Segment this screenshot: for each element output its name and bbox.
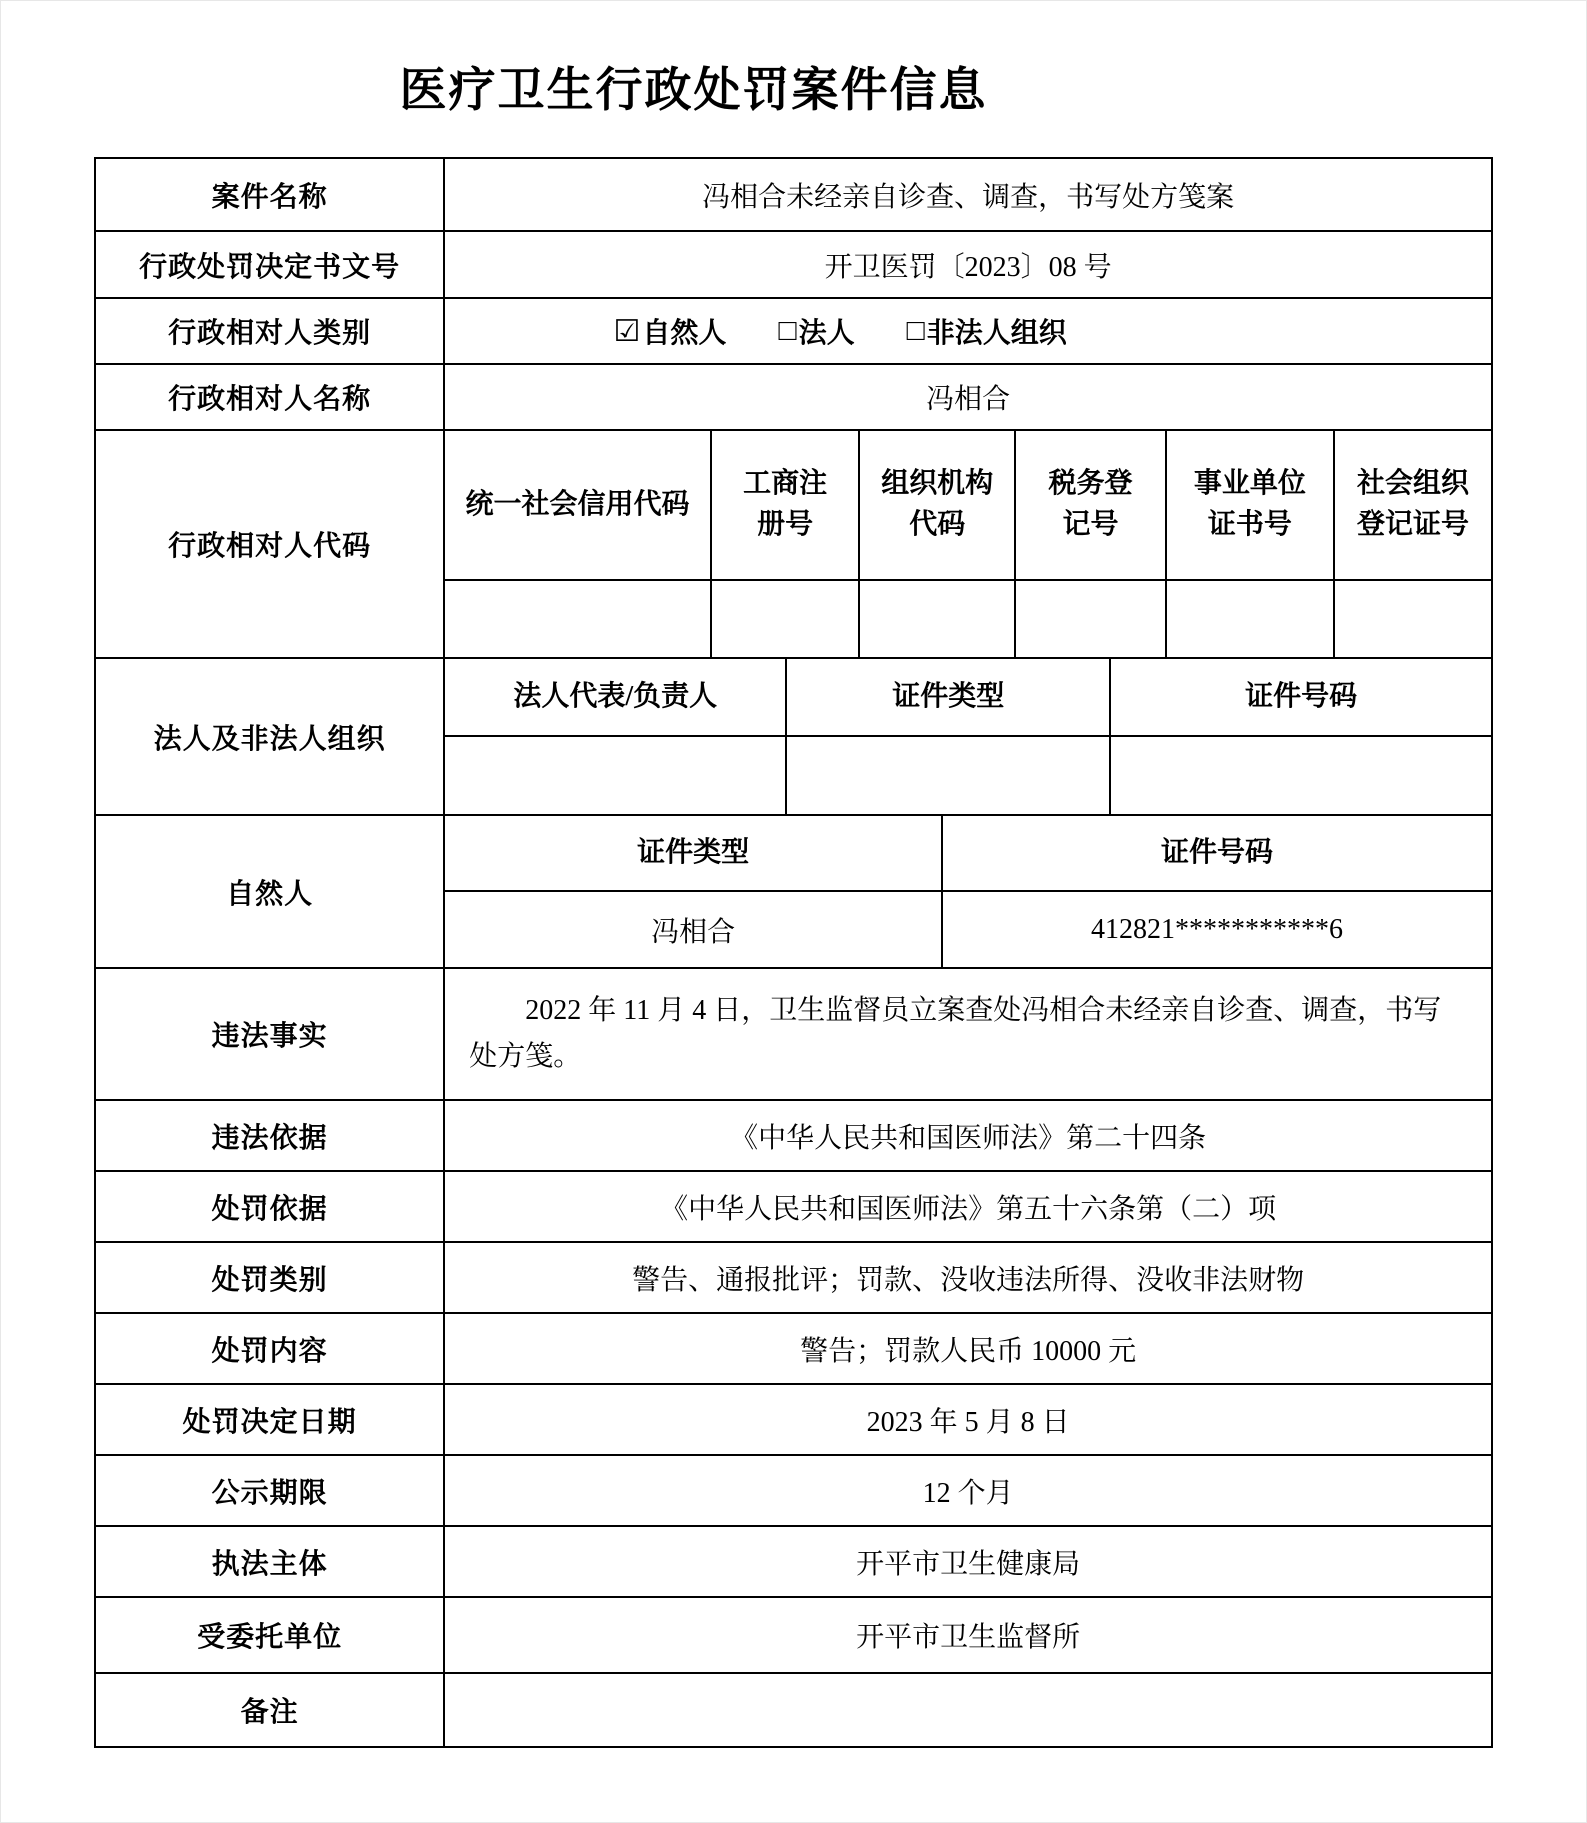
table-row-penalty-decision-date: 处罚决定日期 2023 年 5 月 8 日: [95, 1384, 1492, 1455]
party-codes-subtable: 统一社会信用代码 工商注册号 组织机构代码 税务登记号 事业单位证书号 社会组织…: [445, 431, 1491, 657]
subtable-value-row: [445, 580, 1491, 657]
subcol-header: 证件类型: [786, 659, 1110, 736]
table-row-case-name: 案件名称 冯相合未经亲自诊查、调查，书写处方笺案: [95, 158, 1492, 231]
row-value: ☑ 自然人 □ 法人 □ 非法人组织: [444, 298, 1492, 364]
page-title: 医疗卫生行政处罚案件信息: [0, 1, 1486, 113]
penalty-info-table: 案件名称 冯相合未经亲自诊查、调查，书写处方笺案 行政处罚决定书文号 开卫医罚〔…: [94, 157, 1493, 1748]
row-label: 行政相对人类别: [95, 298, 444, 364]
subcol-header: 工商注册号: [711, 431, 859, 580]
row-value: 冯相合: [444, 364, 1492, 430]
option-label: 法人: [799, 311, 855, 351]
table-row-natural-person: 自然人 证件类型 证件号码 冯相合 412821***********6: [95, 815, 1492, 968]
checkbox-checked-icon: ☑: [614, 314, 641, 349]
subcol-value: [1334, 580, 1491, 657]
row-label: 法人及非法人组织: [95, 658, 444, 815]
subcol-header: 事业单位证书号: [1166, 431, 1334, 580]
row-value: 法人代表/负责人 证件类型 证件号码: [444, 658, 1492, 815]
subcol-header: 证件号码: [942, 816, 1491, 891]
table-row-penalty-basis: 处罚依据 《中华人民共和国医师法》第五十六条第（二）项: [95, 1171, 1492, 1242]
row-value: 《中华人民共和国医师法》第五十六条第（二）项: [444, 1171, 1492, 1242]
subcol-value: [1015, 580, 1166, 657]
row-value: 12 个月: [444, 1455, 1492, 1526]
row-value: 开卫医罚〔2023〕08 号: [444, 231, 1492, 298]
row-label: 自然人: [95, 815, 444, 968]
row-label: 案件名称: [95, 158, 444, 231]
row-value: 《中华人民共和国医师法》第二十四条: [444, 1100, 1492, 1171]
option-natural-person: ☑ 自然人: [614, 311, 727, 351]
row-value: 警告、通报批评；罚款、没收违法所得、没收非法财物: [444, 1242, 1492, 1313]
row-label: 处罚类别: [95, 1242, 444, 1313]
subcol-value: [859, 580, 1015, 657]
table-row-party-category: 行政相对人类别 ☑ 自然人 □ 法人 □ 非法人组织: [95, 298, 1492, 364]
row-label: 执法主体: [95, 1526, 444, 1597]
row-value: 2022 年 11 月 4 日，卫生监督员立案查处冯相合未经亲自诊查、调查，书写…: [444, 968, 1492, 1100]
party-category-options: ☑ 自然人 □ 法人 □ 非法人组织: [614, 311, 1067, 351]
subtable-header-row: 证件类型 证件号码: [445, 816, 1491, 891]
row-label: 行政处罚决定书文号: [95, 231, 444, 298]
subcol-header: 税务登记号: [1015, 431, 1166, 580]
subcol-value: [1110, 736, 1491, 814]
row-label: 行政相对人名称: [95, 364, 444, 430]
option-label: 自然人: [642, 311, 726, 351]
row-value: 证件类型 证件号码 冯相合 412821***********6: [444, 815, 1492, 968]
row-label: 行政相对人代码: [95, 430, 444, 658]
subcol-value: [445, 580, 711, 657]
subcol-header: 证件类型: [445, 816, 942, 891]
subcol-header: 统一社会信用代码: [445, 431, 711, 580]
subcol-header: 组织机构代码: [859, 431, 1015, 580]
table-row-doc-number: 行政处罚决定书文号 开卫医罚〔2023〕08 号: [95, 231, 1492, 298]
row-value: 冯相合未经亲自诊查、调查，书写处方笺案: [444, 158, 1492, 231]
row-label: 处罚内容: [95, 1313, 444, 1384]
table-row-publicity-period: 公示期限 12 个月: [95, 1455, 1492, 1526]
subtable-header-row: 统一社会信用代码 工商注册号 组织机构代码 税务登记号 事业单位证书号 社会组织…: [445, 431, 1491, 580]
document-page: 医疗卫生行政处罚案件信息 案件名称 冯相合未经亲自诊查、调查，书写处方笺案 行政…: [0, 0, 1587, 1823]
table-row-legal-person-org: 法人及非法人组织 法人代表/负责人 证件类型 证件号码: [95, 658, 1492, 815]
row-label: 备注: [95, 1673, 444, 1747]
subtable-value-row: 冯相合 412821***********6: [445, 891, 1491, 967]
subcol-value: [711, 580, 859, 657]
option-legal-person: □ 法人: [778, 311, 854, 351]
row-value: 开平市卫生健康局: [444, 1526, 1492, 1597]
table-row-remarks: 备注: [95, 1673, 1492, 1747]
option-unincorporated-org: □ 非法人组织: [907, 311, 1067, 351]
table-row-party-codes: 行政相对人代码 统一社会信用代码 工商注册号 组织机构代码 税务登记号 事业单位…: [95, 430, 1492, 658]
subcol-header: 法人代表/负责人: [445, 659, 786, 736]
subcol-value: [1166, 580, 1334, 657]
subtable-value-row: [445, 736, 1491, 814]
row-value: [444, 1673, 1492, 1747]
row-label: 处罚依据: [95, 1171, 444, 1242]
table-row-illegal-facts: 违法事实 2022 年 11 月 4 日，卫生监督员立案查处冯相合未经亲自诊查、…: [95, 968, 1492, 1100]
option-label: 非法人组织: [927, 311, 1067, 351]
row-value: 2023 年 5 月 8 日: [444, 1384, 1492, 1455]
row-label: 违法依据: [95, 1100, 444, 1171]
subcol-value: 冯相合: [445, 891, 942, 967]
row-label: 公示期限: [95, 1455, 444, 1526]
table-row-violation-basis: 违法依据 《中华人民共和国医师法》第二十四条: [95, 1100, 1492, 1171]
checkbox-unchecked-icon: □: [907, 314, 925, 348]
row-label: 受委托单位: [95, 1597, 444, 1673]
subcol-value: [786, 736, 1110, 814]
row-label: 违法事实: [95, 968, 444, 1100]
row-value: 统一社会信用代码 工商注册号 组织机构代码 税务登记号 事业单位证书号 社会组织…: [444, 430, 1492, 658]
subcol-value: [445, 736, 786, 814]
row-value: 警告；罚款人民币 10000 元: [444, 1313, 1492, 1384]
table-row-entrusted-unit: 受委托单位 开平市卫生监督所: [95, 1597, 1492, 1673]
subcol-header: 证件号码: [1110, 659, 1491, 736]
row-value: 开平市卫生监督所: [444, 1597, 1492, 1673]
checkbox-unchecked-icon: □: [778, 314, 796, 348]
table-row-penalty-category: 处罚类别 警告、通报批评；罚款、没收违法所得、没收非法财物: [95, 1242, 1492, 1313]
table-row-party-name: 行政相对人名称 冯相合: [95, 364, 1492, 430]
natural-person-subtable: 证件类型 证件号码 冯相合 412821***********6: [445, 816, 1491, 967]
row-label: 处罚决定日期: [95, 1384, 444, 1455]
table-row-penalty-content: 处罚内容 警告；罚款人民币 10000 元: [95, 1313, 1492, 1384]
subtable-header-row: 法人代表/负责人 证件类型 证件号码: [445, 659, 1491, 736]
legal-person-subtable: 法人代表/负责人 证件类型 证件号码: [445, 659, 1491, 814]
table-row-enforcement-body: 执法主体 开平市卫生健康局: [95, 1526, 1492, 1597]
subcol-header: 社会组织登记证号: [1334, 431, 1491, 580]
subcol-value: 412821***********6: [942, 891, 1491, 967]
